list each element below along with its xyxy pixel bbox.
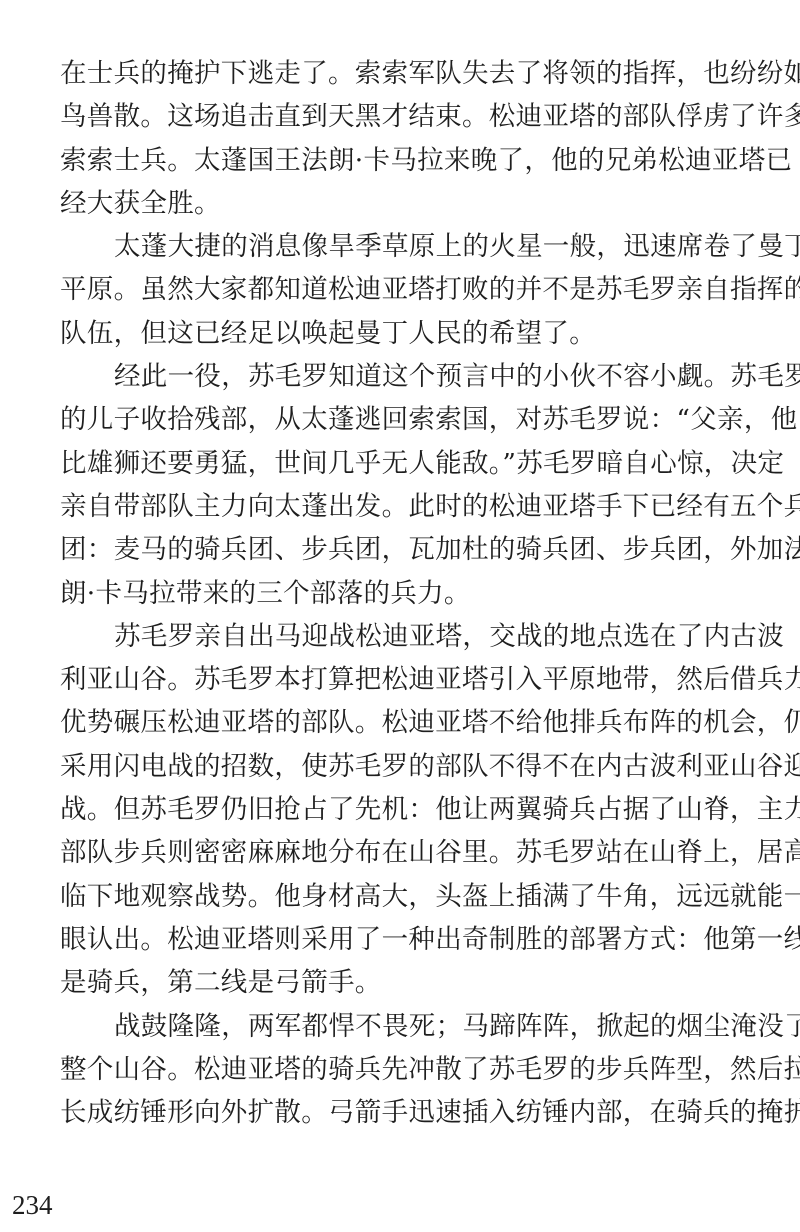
text-line: 临下地观察战势。他身材高大，头盔上插满了牛角，远远就能一 bbox=[60, 875, 740, 918]
text-line: 整个山谷。松迪亚塔的骑兵先冲散了苏毛罗的步兵阵型，然后拉 bbox=[60, 1048, 740, 1091]
paragraph: 战鼓隆隆，两军都悍不畏死；马蹄阵阵，掀起的烟尘淹没了 整个山谷。松迪亚塔的骑兵先… bbox=[60, 1005, 740, 1135]
text-line: 朗·卡马拉带来的三个部落的兵力。 bbox=[60, 572, 740, 615]
text-line: 是骑兵，第二线是弓箭手。 bbox=[60, 961, 740, 1004]
text-line: 经此一役，苏毛罗知道这个预言中的小伙不容小觑。苏毛罗 bbox=[60, 355, 740, 398]
text-line: 经大获全胜。 bbox=[60, 182, 740, 225]
paragraph: 太蓬大捷的消息像旱季草原上的火星一般，迅速席卷了曼丁 平原。虽然大家都知道松迪亚… bbox=[60, 225, 740, 355]
text-line: 长成纺锤形向外扩散。弓箭手迅速插入纺锤内部，在骑兵的掩护 bbox=[60, 1091, 740, 1134]
text-line: 鸟兽散。这场追击直到天黑才结束。松迪亚塔的部队俘虏了许多 bbox=[60, 95, 740, 138]
text-line: 队伍，但这已经足以唤起曼丁人民的希望了。 bbox=[60, 312, 740, 355]
text-line: 比雄狮还要勇猛，世间几乎无人能敌。”苏毛罗暗自心惊，决定 bbox=[60, 442, 740, 485]
text-line: 索索士兵。太蓬国王法朗·卡马拉来晚了，他的兄弟松迪亚塔已 bbox=[60, 139, 740, 182]
text-line: 亲自带部队主力向太蓬出发。此时的松迪亚塔手下已经有五个兵 bbox=[60, 485, 740, 528]
paragraph: 在士兵的掩护下逃走了。索索军队失去了将领的指挥，也纷纷如 鸟兽散。这场追击直到天… bbox=[60, 52, 740, 225]
text-line: 优势碾压松迪亚塔的部队。松迪亚塔不给他排兵布阵的机会，仍 bbox=[60, 701, 740, 744]
page-body: 在士兵的掩护下逃走了。索索军队失去了将领的指挥，也纷纷如 鸟兽散。这场追击直到天… bbox=[60, 52, 740, 1134]
text-line: 苏毛罗亲自出马迎战松迪亚塔，交战的地点选在了内古波 bbox=[60, 615, 740, 658]
text-line: 团：麦马的骑兵团、步兵团，瓦加杜的骑兵团、步兵团，外加法 bbox=[60, 528, 740, 571]
text-line: 平原。虽然大家都知道松迪亚塔打败的并不是苏毛罗亲自指挥的 bbox=[60, 268, 740, 311]
text-line: 的儿子收拾残部，从太蓬逃回索索国，对苏毛罗说：“父亲，他 bbox=[60, 398, 740, 441]
text-line: 部队步兵则密密麻麻地分布在山谷里。苏毛罗站在山脊上，居高 bbox=[60, 831, 740, 874]
text-line: 眼认出。松迪亚塔则采用了一种出奇制胜的部署方式：他第一线 bbox=[60, 918, 740, 961]
text-line: 采用闪电战的招数，使苏毛罗的部队不得不在内古波利亚山谷迎 bbox=[60, 745, 740, 788]
text-line: 太蓬大捷的消息像旱季草原上的火星一般，迅速席卷了曼丁 bbox=[60, 225, 740, 268]
text-line: 战。但苏毛罗仍旧抢占了先机：他让两翼骑兵占据了山脊，主力 bbox=[60, 788, 740, 831]
text-line: 利亚山谷。苏毛罗本打算把松迪亚塔引入平原地带，然后借兵力 bbox=[60, 658, 740, 701]
text-line: 战鼓隆隆，两军都悍不畏死；马蹄阵阵，掀起的烟尘淹没了 bbox=[60, 1005, 740, 1048]
text-line: 在士兵的掩护下逃走了。索索军队失去了将领的指挥，也纷纷如 bbox=[60, 52, 740, 95]
paragraph: 经此一役，苏毛罗知道这个预言中的小伙不容小觑。苏毛罗 的儿子收拾残部，从太蓬逃回… bbox=[60, 355, 740, 615]
page-number: 234 bbox=[12, 1190, 53, 1221]
paragraph: 苏毛罗亲自出马迎战松迪亚塔，交战的地点选在了内古波 利亚山谷。苏毛罗本打算把松迪… bbox=[60, 615, 740, 1005]
